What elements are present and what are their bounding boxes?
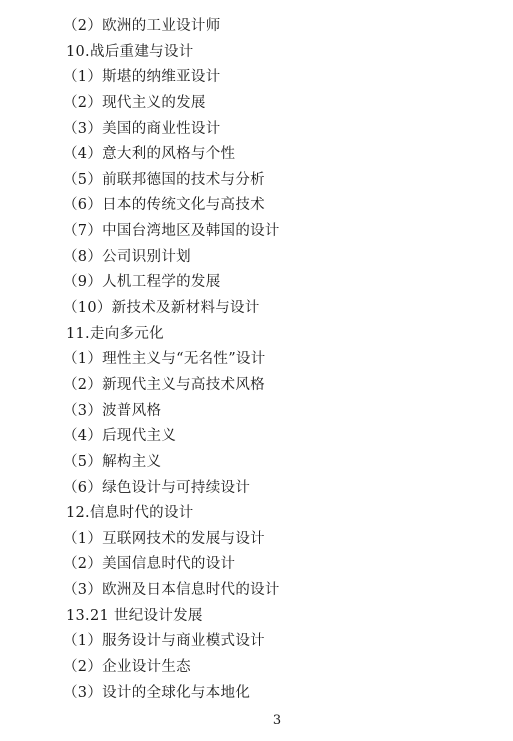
- outline-item: （10）新技术及新材料与设计: [63, 296, 486, 322]
- outline-item: （2）现代主义的发展: [63, 91, 486, 117]
- outline-item: （2）新现代主义与高技术风格: [63, 373, 486, 399]
- section-heading: 13.21 世纪设计发展: [66, 604, 486, 630]
- section-heading: 11.走向多元化: [66, 322, 486, 348]
- outline-item: （6）绿色设计与可持续设计: [63, 476, 486, 502]
- outline-item: （3）欧洲及日本信息时代的设计: [63, 578, 486, 604]
- outline-item: （6）日本的传统文化与高技术: [63, 193, 486, 219]
- outline-item: （4）后现代主义: [63, 424, 486, 450]
- outline-item: （3）美国的商业性设计: [63, 117, 486, 143]
- page-number: 3: [271, 712, 283, 730]
- outline-item: （4）意大利的风格与个性: [63, 142, 486, 168]
- outline-item: （2）企业设计生态: [63, 655, 486, 681]
- outline-item: （5）解构主义: [63, 450, 486, 476]
- outline-item: （1）理性主义与“无名性”设计: [63, 347, 486, 373]
- outline-item: （9）人机工程学的发展: [63, 270, 486, 296]
- document-page: （2）欧洲的工业设计师 10.战后重建与设计 （1）斯堪的纳维亚设计 （2）现代…: [0, 0, 513, 741]
- outline-item: （2）美国信息时代的设计: [63, 552, 486, 578]
- outline-item: （3）波普风格: [63, 399, 486, 425]
- section-heading: 10.战后重建与设计: [66, 40, 486, 66]
- outline-item: （1）服务设计与商业模式设计: [63, 629, 486, 655]
- outline-item: （8）公司识别计划: [63, 245, 486, 271]
- outline-item: （5）前联邦德国的技术与分析: [63, 168, 486, 194]
- outline-item: （1）互联网技术的发展与设计: [63, 527, 486, 553]
- outline-list: （2）欧洲的工业设计师 10.战后重建与设计 （1）斯堪的纳维亚设计 （2）现代…: [66, 14, 486, 706]
- outline-item: （2）欧洲的工业设计师: [63, 14, 486, 40]
- outline-item: （7）中国台湾地区及韩国的设计: [63, 219, 486, 245]
- section-heading: 12.信息时代的设计: [66, 501, 486, 527]
- outline-item: （3）设计的全球化与本地化: [63, 681, 486, 707]
- outline-item: （1）斯堪的纳维亚设计: [63, 65, 486, 91]
